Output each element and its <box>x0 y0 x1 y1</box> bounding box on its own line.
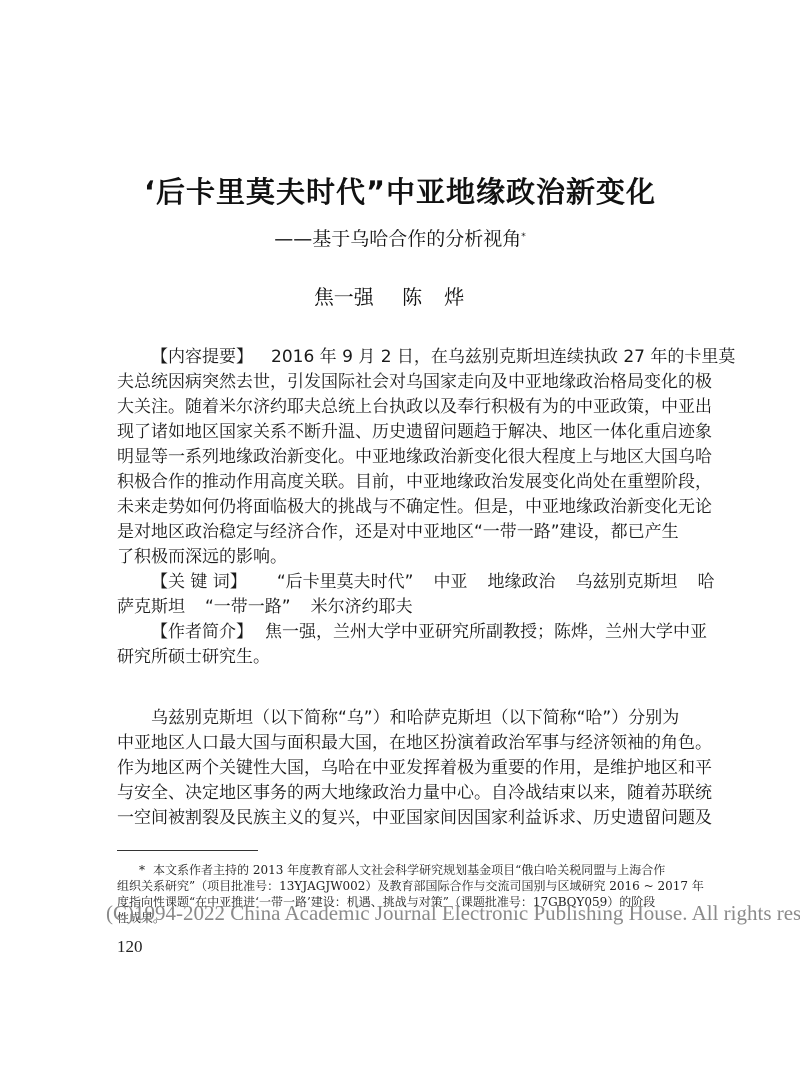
body-line: 与安全、决定地区事务的两大地缘政治力量中心。自冷战结束以来，随着苏联统 <box>117 781 683 806</box>
abstract-line: 了积极而深远的影响。 <box>117 545 683 570</box>
keyword: “后卡里莫夫时代” <box>277 570 414 595</box>
abstract-line: 是对地区政治稳定与经济合作，还是对中亚地区“一带一路”建设，都已产生 <box>117 520 683 545</box>
abstract-line: 夫总统因病突然去世，引发国际社会对乌国家走向及中亚地缘政治格局变化的极 <box>117 370 683 395</box>
copyright-watermark: (C)1994-2022 China Academic Journal Elec… <box>106 900 800 926</box>
author-intro-label: 【作者简介】 <box>151 622 253 642</box>
keywords: 【关 键 词】“后卡里莫夫时代”中亚地缘政治乌兹别克斯坦哈 萨克斯坦“一带一路”… <box>117 570 683 620</box>
author-intro-line: 研究所硕士研究生。 <box>117 645 683 670</box>
footnote-line: *本文系作者主持的 2013 年度教育部人文社会科学研究规划基金项目“俄白哈关税… <box>117 862 683 878</box>
article-title: ‘后卡里莫夫时代”中亚地缘政治新变化 <box>0 172 800 212</box>
footnote-separator <box>117 850 258 851</box>
article-subtitle: ——基于乌哈合作的分析视角* <box>0 225 800 253</box>
abstract-line: 【内容提要】2016 年 9 月 2 日，在乌兹别克斯坦连续执政 27 年的卡里… <box>117 345 683 370</box>
body-line: 一空间被割裂及民族主义的复兴，中亚国家间因国家利益诉求、历史遗留问题及 <box>117 806 683 831</box>
keyword: 米尔济约耶夫 <box>311 597 413 617</box>
abstract-line: 未来走势如何仍将面临极大的挑战与不确定性。但是，中亚地缘政治新变化无论 <box>117 495 683 520</box>
keywords-line: 萨克斯坦“一带一路”米尔济约耶夫 <box>117 595 683 620</box>
abstract-line: 大关注。随着米尔济约耶夫总统上台执政以及奉行积极有为的中亚政策，中亚出 <box>117 395 683 420</box>
abstract-line: 积极合作的推动作用高度关联。目前，中亚地缘政治发展变化尚处在重塑阶段， <box>117 470 683 495</box>
page-number: 120 <box>117 936 143 958</box>
keyword: “一带一路” <box>205 595 291 620</box>
keyword: 萨克斯坦 <box>117 595 185 620</box>
keyword: 中亚 <box>433 570 467 595</box>
body-text: 乌兹别克斯坦（以下简称“乌”）和哈萨克斯坦（以下简称“哈”）分别为 中亚地区人口… <box>117 706 683 831</box>
keywords-line: 【关 键 词】“后卡里莫夫时代”中亚地缘政治乌兹别克斯坦哈 <box>117 570 683 595</box>
body-line: 中亚地区人口最大国与面积最大国，在地区扮演着政治军事与经济领袖的角色。 <box>117 731 683 756</box>
subtitle-text: ——基于乌哈合作的分析视角 <box>274 228 521 250</box>
author-intro-line: 【作者简介】焦一强，兰州大学中亚研究所副教授；陈烨，兰州大学中亚 <box>117 620 683 645</box>
abstract: 【内容提要】2016 年 9 月 2 日，在乌兹别克斯坦连续执政 27 年的卡里… <box>117 345 683 570</box>
abstract-line: 明显等一系列地缘政治新变化。中亚地缘政治新变化很大程度上与地区大国乌哈 <box>117 445 683 470</box>
keyword: 哈 <box>697 572 714 592</box>
footnote-line: 组织关系研究”（项目批准号：13YJAGJW002）及教育部国际合作与交流司国别… <box>117 878 683 894</box>
author-2: 陈烨 <box>402 282 486 312</box>
author-1: 焦一强 <box>314 282 374 312</box>
copyright-text: (C)1994-2022 China Academic Journal Elec… <box>106 901 800 925</box>
article-authors: 焦一强 陈烨 <box>0 282 800 312</box>
keyword: 乌兹别克斯坦 <box>575 570 677 595</box>
footnote-mark: * <box>117 862 145 878</box>
body-line: 乌兹别克斯坦（以下简称“乌”）和哈萨克斯坦（以下简称“哈”）分别为 <box>117 706 683 731</box>
abstract-label: 【内容提要】 <box>151 347 253 367</box>
subtitle-footnote-mark: * <box>521 232 526 242</box>
abstract-line: 现了诸如地区国家关系不断升温、历史遗留问题趋于解决、地区一体化重启迹象 <box>117 420 683 445</box>
author-intro: 【作者简介】焦一强，兰州大学中亚研究所副教授；陈烨，兰州大学中亚 研究所硕士研究… <box>117 620 683 670</box>
body-line: 作为地区两个关键性大国，乌哈在中亚发挥着极为重要的作用，是维护地区和平 <box>117 756 683 781</box>
keywords-label: 【关 键 词】 <box>151 572 247 592</box>
journal-page: ‘后卡里莫夫时代”中亚地缘政治新变化 ——基于乌哈合作的分析视角* 焦一强 陈烨… <box>0 0 800 1067</box>
keyword: 地缘政治 <box>487 570 555 595</box>
